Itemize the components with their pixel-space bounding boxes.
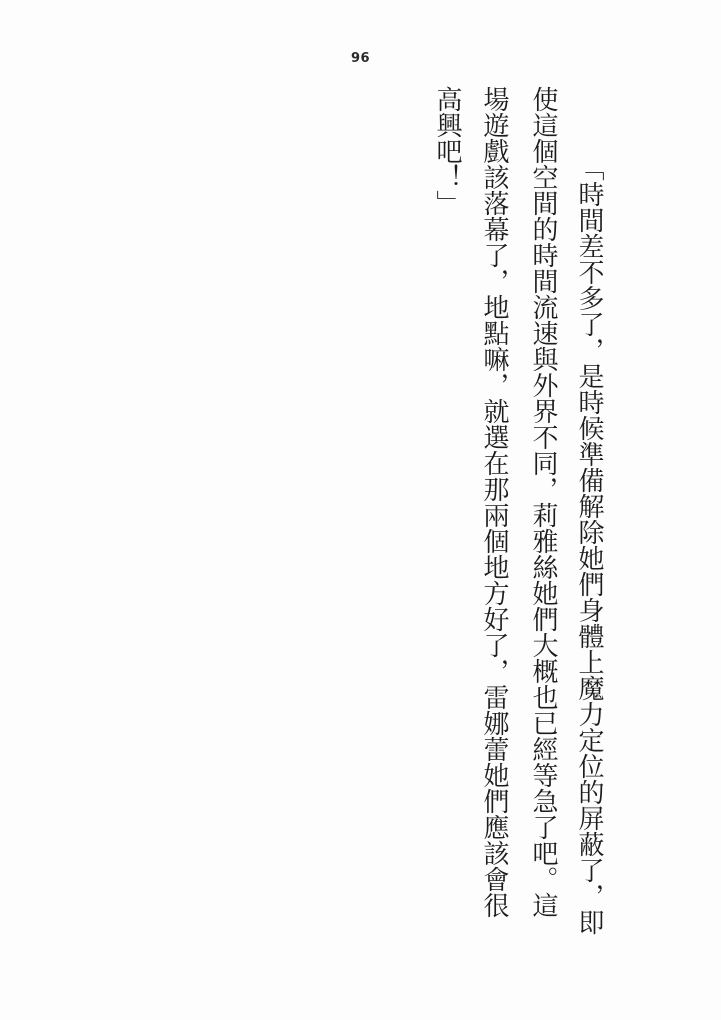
page-number: 96 bbox=[0, 51, 721, 66]
text-column-3: 場遊戲該落幕了，地點嘛，就選在那兩個地方好了，雷娜蕾她們應該會很 bbox=[481, 86, 507, 918]
book-page: 96 「時間差不多了，是時候準備解除她們身體上魔力定位的屏蔽了，即 使這個空間的… bbox=[0, 0, 721, 1020]
text-column-1: 「時間差不多了，是時候準備解除她們身體上魔力定位的屏蔽了，即 bbox=[576, 155, 602, 935]
text-column-2: 使這個空間的時間流速與外界不同，莉雅絲她們大概也已經等急了吧。這 bbox=[530, 86, 556, 918]
text-column-4: 高興吧！」 bbox=[434, 86, 460, 216]
